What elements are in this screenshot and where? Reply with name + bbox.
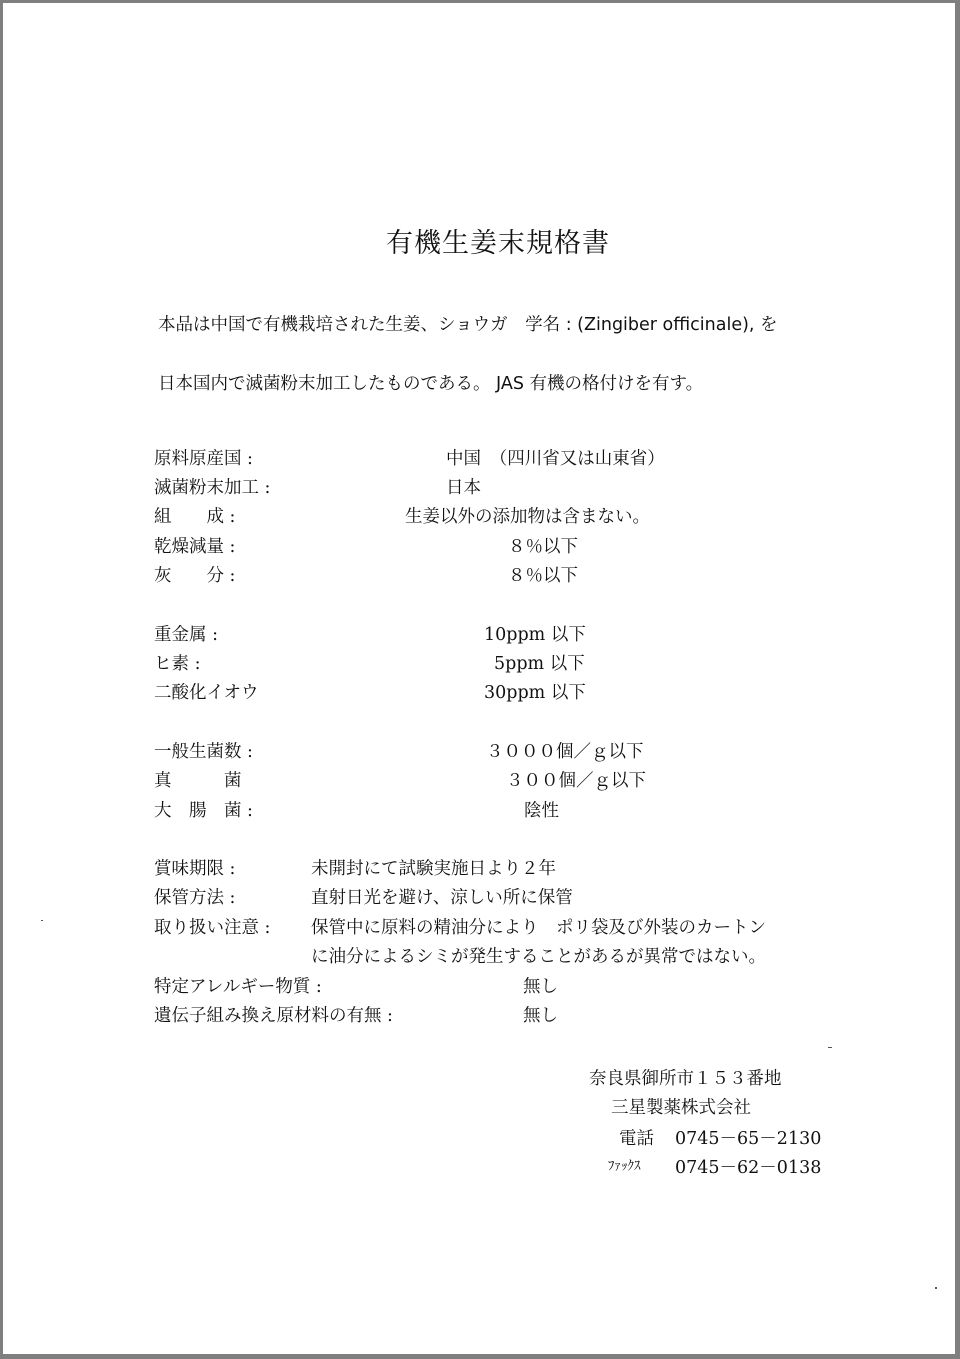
spec-value-best-before: 未開封にて試験実施日より２年 [311,855,556,884]
spec-value-sulfur-dioxide: 30ppm 以下 [484,679,586,708]
spec-value-handling-caution-cont: に油分によるシミが発生することがあるが異常ではない。 [311,943,766,972]
scan-speck [828,1047,832,1048]
spec-label-loss-on-drying: 乾燥減量 : [154,533,235,562]
spec-label-ash: 灰 分 : [154,562,235,591]
company-name: 三星製薬株式会社 [611,1094,751,1119]
intro-line-2: 日本国内で滅菌粉末加工したものである。 JAS 有機の格付けを有す。 [158,370,703,395]
spec-label-arsenic: ヒ素 : [154,650,200,679]
company-tel-label: 電話 [619,1125,654,1150]
spec-value-processing: 日本 [446,474,481,503]
spec-label-coliform: 大 腸 菌 : [154,797,253,826]
spec-label-storage: 保管方法 : [154,884,235,913]
spec-label-total-bacteria: 一般生菌数 : [154,738,253,767]
spec-label-composition: 組 成 : [154,503,235,532]
spec-label-gmo: 遺伝子組み換え原材料の有無 : [154,1002,393,1031]
scan-speck [41,920,43,921]
spec-value-gmo: 無し [523,1002,558,1031]
spec-label-processing: 滅菌粉末加工 : [154,474,270,503]
spec-value-allergens: 無し [523,973,558,1002]
spec-value-fungi: ３００個／ｇ以下 [506,767,646,796]
spec-value-heavy-metals: 10ppm 以下 [484,621,586,650]
spec-value-total-bacteria: ３０００個／ｇ以下 [486,738,644,767]
spec-label-handling-caution: 取り扱い注意 : [154,914,270,943]
spec-value-composition: 生姜以外の添加物は含まない。 [405,503,650,532]
spec-value-loss-on-drying: ８％以下 [508,533,578,562]
spec-label-fungi: 真 菌 [154,767,242,796]
spec-label-heavy-metals: 重金属 : [154,621,218,650]
company-fax: 0745－62－0138 [675,1154,821,1179]
spec-value-origin: 中国 （四川省又は山東省） [446,445,665,474]
spec-label-allergens: 特定アレルギー物質 : [154,973,322,1002]
spec-value-arsenic: 5ppm 以下 [494,650,585,679]
spec-value-ash: ８％以下 [508,562,578,591]
spec-label-origin: 原料原産国 : [154,445,253,474]
document-title: 有機生姜末規格書 [3,221,960,260]
intro-line-1: 本品は中国で有機栽培された生姜、ショウガ 学名 : (Zingiber offi… [158,311,778,336]
spec-value-handling-caution: 保管中に原料の精油分により ポリ袋及び外装のカートン [311,914,766,943]
spec-value-coliform: 陰性 [524,797,559,826]
spec-label-sulfur-dioxide: 二酸化イオウ [154,679,258,708]
document-page: 有機生姜末規格書 本品は中国で有機栽培された生姜、ショウガ 学名 : (Zing… [3,3,955,1354]
company-address: 奈良県御所市１５３番地 [589,1065,782,1090]
scan-speck [935,1287,937,1289]
company-tel: 0745－65－2130 [675,1125,821,1150]
company-fax-label: ﾌｧｯｸｽ [608,1154,641,1180]
spec-label-best-before: 賞味期限 : [154,855,235,884]
spec-value-storage: 直射日光を避け、涼しい所に保管 [311,884,573,913]
